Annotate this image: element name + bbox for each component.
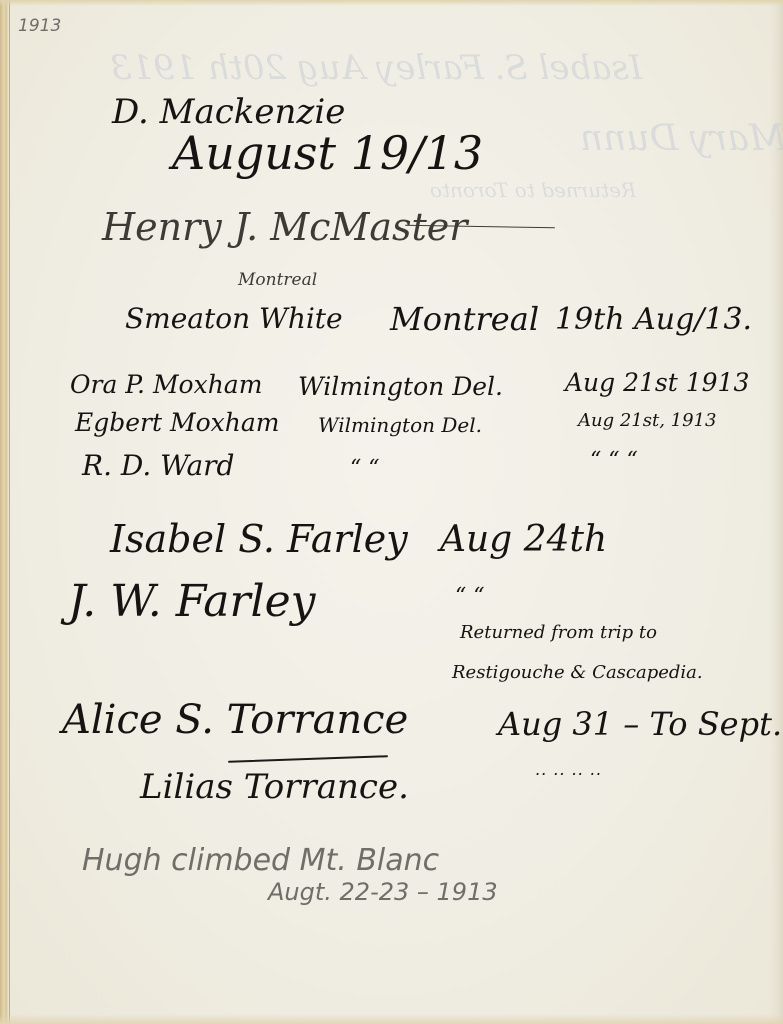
entry-place: Wilmington Del. [318,415,482,435]
entry-date: August 19/13 [172,130,483,176]
signature-name: Isabel S. Farley [110,520,408,558]
ditto-marks: “ “ “ [590,450,638,472]
signature-underline [228,755,388,763]
binding-line [9,0,10,1024]
entry-date: Aug 31 – To Sept. 16. [498,708,783,740]
signature-name: D. Mackenzie [112,95,345,129]
signature-name: Henry J. McMaster [102,208,467,246]
binding-edge [0,0,9,1024]
entry-date: Aug 21st, 1913 [578,412,716,430]
bleed-through-text: Returned to Toronto [430,178,636,202]
pencil-note-line: Augt. 22-23 – 1913 [268,880,498,904]
corner-year-note: 1913 [18,18,61,35]
entry-note-line: Restigouche & Cascapedia. [452,664,703,682]
entry-note-line: Returned from trip to [460,624,657,642]
entry-annotation: Montreal [238,272,317,289]
ditto-marks: “ “ [350,458,380,480]
signature-name: Lilias Torrance. [140,770,409,804]
entry-date: Aug 24th [440,522,607,558]
bleed-through-text: Mary Dunn [580,118,783,159]
entry-place: Montreal [390,303,539,335]
signature-name: Ora P. Moxham [70,372,262,397]
page-bottom-edge [0,1014,783,1024]
bleed-through-text: Isabel S. Farley Aug 20th 1913 [110,48,642,88]
signature-name: R. D. Ward [82,452,234,480]
pencil-note-line: Hugh climbed Mt. Blanc [82,846,439,876]
ditto-marks: .. .. .. .. [535,762,602,778]
entry-date: Aug 21st 1913 [565,370,749,395]
signature-name: J. W. Farley [68,580,315,624]
ditto-marks: “ “ [455,586,485,608]
page-right-edge [769,0,783,1024]
page-top-edge [0,0,783,6]
entry-date: 19th Aug/13. [555,305,752,335]
entry-place: Wilmington Del. [298,374,503,399]
register-page: Isabel S. Farley Aug 20th 1913 Mary Dunn… [0,0,783,1024]
signature-name: Egbert Moxham [75,410,279,435]
signature-name: Alice S. Torrance [62,700,408,740]
signature-name: Smeaton White [125,305,343,333]
